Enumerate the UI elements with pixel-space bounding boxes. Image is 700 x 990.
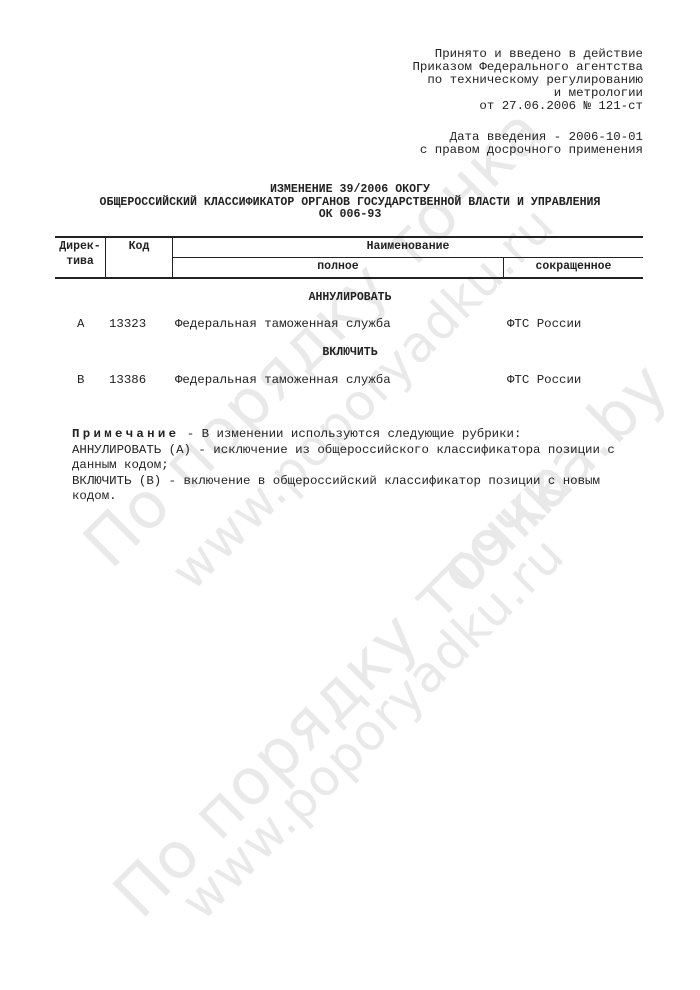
cell-short-name: ФТС России	[507, 373, 581, 387]
header-name: Наименование	[173, 237, 644, 258]
document-page: Принято и введено в действие Приказом Фе…	[0, 0, 700, 990]
section-include: ВКЛЮЧИТЬ	[0, 346, 700, 359]
header-short: сокращенное	[504, 258, 644, 279]
approval-block: Принято и введено в действие Приказом Фе…	[412, 48, 643, 157]
title-line-code: ОК 006-93	[0, 209, 700, 222]
cell-directive: А	[77, 317, 84, 331]
note-line: данным кодом;	[72, 458, 632, 474]
approval-order-date: от 27.06.2006 № 121-ст	[412, 100, 643, 113]
early-application: с правом досрочного применения	[412, 144, 643, 157]
note-line: ВКЛЮЧИТЬ (В) - включение в общероссийски…	[72, 474, 632, 490]
note-intro: - В изменении используются следующие руб…	[179, 427, 521, 441]
section-annul: АННУЛИРОВАТЬ	[0, 291, 700, 304]
header-directive: Дирек- тива	[55, 237, 106, 278]
document-title: ИЗМЕНЕНИЕ 39/2006 ОКОГУ ОБЩЕРОССИЙСКИЙ К…	[0, 184, 700, 222]
header-code: Код	[106, 237, 173, 278]
cell-full-name: Федеральная таможенная служба	[175, 373, 391, 387]
cell-code: 13386	[109, 373, 146, 387]
cell-code: 13323	[109, 317, 146, 331]
header-full: полное	[173, 258, 504, 279]
table-row: А 13323 Федеральная таможенная служба ФТ…	[0, 317, 700, 331]
table-header: Дирек- тива Код Наименование полное сокр…	[55, 236, 643, 279]
cell-directive: В	[77, 373, 84, 387]
note-block: Примечание - В изменении используются сл…	[72, 427, 632, 505]
cell-short-name: ФТС России	[507, 317, 581, 331]
header-directive-line2: тива	[55, 253, 105, 270]
note-line: АННУЛИРОВАТЬ (А) - исключение из общерос…	[72, 443, 632, 459]
table-row: В 13386 Федеральная таможенная служба ФТ…	[0, 373, 700, 387]
cell-full-name: Федеральная таможенная служба	[175, 317, 391, 331]
title-line-amendment: ИЗМЕНЕНИЕ 39/2006 ОКОГУ	[0, 184, 700, 197]
note-line: кодом.	[72, 489, 632, 505]
note-label: Примечание	[72, 427, 179, 441]
